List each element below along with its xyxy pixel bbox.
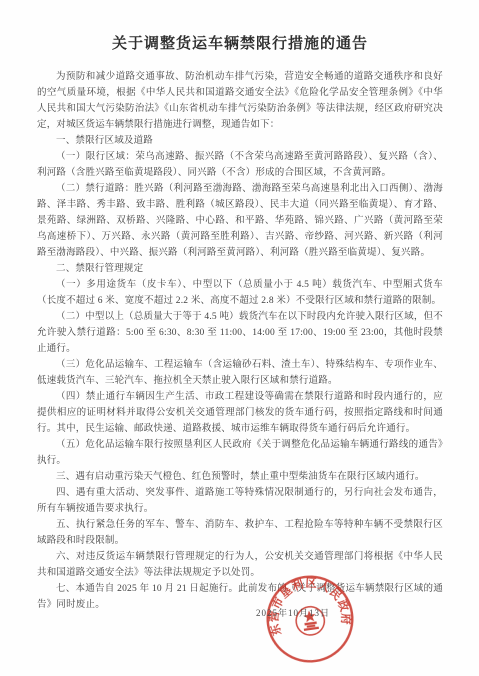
section-heading-2: 二、禁限行管理规定: [37, 261, 443, 277]
paragraph: 五、执行紧急任务的军车、警车、消防车、救护车、工程抢险车等特种车辆不受禁限行区域…: [37, 517, 443, 549]
official-seal: 东营市垦利区人民政府: [257, 566, 363, 672]
paragraph-intro: 为预防和减少道路交通事故、防治机动车排气污染，营造安全畅通的道路交通秩序和良好的…: [37, 69, 443, 133]
paragraph: 四、遇有重大活动、突发事件、道路施工等特殊情况限制通行的，另行向社会发布通告，所…: [37, 485, 443, 517]
paragraph: 六、对违反货运车辆禁限行管理规定的行为人，公安机关交通管理部门将根据《中华人民共…: [37, 549, 443, 581]
document-body: 为预防和减少道路交通事故、防治机动车排气污染，营造安全畅通的道路交通秩序和良好的…: [37, 69, 443, 613]
seal-date: 2025年10月13日: [256, 606, 380, 619]
document-page: 关于调整货运车辆禁限行措施的通告 为预防和减少道路交通事故、防治机动车排气污染，…: [0, 0, 479, 676]
paragraph: （一）多用途货车（皮卡车）、中型以下（总质量小于 4.5 吨）载货汽车、中型厢式…: [37, 277, 443, 309]
paragraph: （二）禁行道路：胜兴路（利河路至渤海路、渤海路至荣乌高速垦利北出入口西侧）、渤海…: [37, 181, 443, 261]
paragraph: （四）禁止通行车辆因生产生活、市政工程建设等确需在禁限行道路和时段内通行的，应提…: [37, 389, 443, 437]
paragraph: （五）危化品运输车限行按照垦利区人民政府《关于调整危化品运输车辆通行路线的通告》…: [37, 437, 443, 469]
section-heading-1: 一、禁限行区域及道路: [37, 133, 443, 149]
paragraph: 三、遇有启动重污染天气橙色、红色预警时，禁止重中型柴油货车在限行区域内通行。: [37, 469, 443, 485]
paragraph: （一）限行区域：荣乌高速路、振兴路（不含荣乌高速路至黄河路路段）、复兴路（含）、…: [37, 149, 443, 181]
seal-graphic: 东营市垦利区人民政府: [257, 566, 363, 672]
paragraph: （二）中型以上（总质量大于等于 4.5 吨）载货汽车在以下时段内允许驶入限行区域…: [37, 309, 443, 357]
document-title: 关于调整货运车辆禁限行措施的通告: [37, 32, 443, 53]
paragraph: 七、本通告自 2025 年 10 月 21 日起施行。此前发布的《关于调整货运车…: [37, 581, 443, 613]
paragraph: （三）危化品运输车、工程运输车（含运输砂石料、渣土车）、特殊结构车、专项作业车、…: [37, 357, 443, 389]
